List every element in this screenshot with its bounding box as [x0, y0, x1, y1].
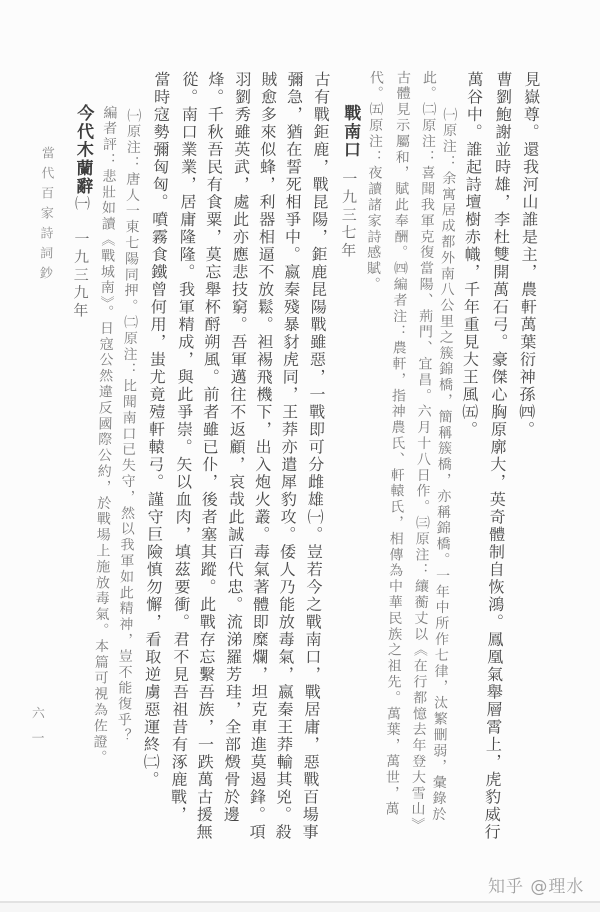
editor-comment: 編者評：悲壯如讀《戰城南》。日寇公然違反國際公約，於戰場上施放毒氣。本篇可視為佐…: [92, 105, 116, 766]
poem-title: 今代木蘭辭: [72, 104, 93, 196]
verse-line: 賊愈多來似蜂，利器相逼不放鬆。袒裼飛機下，出入炮火叢。毒氣著體即糜爛，坦克車進莫…: [248, 71, 276, 841]
verse-line: 當時寇勢彌匈匈。噴霧食鐵曾何用，蚩尤竟殪軒轅弓。謹守巨險慎勿懈，看取逆虜惡運終㈡…: [142, 71, 169, 789]
annotation-line: ㈠原注：余寓居成都外南八公里之簇錦橋，簡稱簇橋，亦稱錦橋。一年中所作七律，汰繁刪…: [431, 107, 456, 823]
verse-line: 從。南口業業，居庸隆隆。我軍精成，與此爭崇。矢以血肉，填茲要衝。君不見吾祖昔有涿…: [169, 71, 197, 824]
verse-line: 萬谷中。誰起詩壇樹赤幟，千年重見大王風㈤。: [460, 71, 482, 439]
verse-line: 見嶽尊。還我河山誰是主，農軒萬葉衍神孫㈣。: [517, 71, 539, 439]
book-page: 見嶽尊。還我河山誰是主，農軒萬葉衍神孫㈣。 曹劉鮑謝並時雄，李杜雙開萬石弓。豪傑…: [0, 0, 600, 912]
poem-year: 一九三九年: [71, 231, 90, 320]
poem-heading: 戰南口一九三七年: [339, 104, 358, 260]
running-head: 當代百家詩詞鈔: [38, 146, 53, 286]
annotation-line: 古體見示屬和，賦此奉酬。㈣編者注：農軒，指神農氏、軒轅氏，相傳為中華民族之祖先。…: [384, 70, 410, 817]
poem-title: 戰南口: [340, 104, 361, 159]
poem-heading: 今代木蘭辭㈠一九三九年: [71, 104, 91, 320]
poem-year: 一九三七年: [339, 171, 358, 260]
verse-line: 曹劉鮑謝並時雄，李杜雙開萬石弓。豪傑心胸原廓大，英奇體制自恢鴻。鳳凰氣舉層霄上，…: [483, 71, 511, 841]
verse-line: 烽。千秋吾民有食粟，莫忘舉杯酹朔風。前者雖已仆，後者塞其蹤。此戰存忘繫吾族，一跌…: [195, 71, 223, 841]
page-number: 六一: [29, 706, 43, 756]
note-marker: ㈠: [73, 196, 91, 213]
scan-bottom-margin: [0, 903, 600, 912]
scanned-text-layer: 見嶽尊。還我河山誰是主，農軒萬葉衍神孫㈣。 曹劉鮑謝並時雄，李杜雙開萬石弓。豪傑…: [0, 0, 600, 912]
watermark: 知乎 @理水: [488, 879, 584, 896]
annotation-line: 代。㈤原注：夜讀諸家詩感賦。: [366, 70, 383, 293]
verse-line: 古有戰鉅鹿，戰昆陽，鉅鹿昆陽戰雖惡，一戰即可分雌雄㈠。豈若今之戰南口，戰居庸，惡…: [301, 71, 329, 841]
verse-line: 羽劉秀雖英武，處此亦應悲技窮。吾軍邁往不返顧，哀哉此誠百代忠。流涕羅芳珪，全部燬…: [222, 71, 250, 824]
verse-line: 彌急，猶在誓死相爭中。嬴秦殘暴豺虎同，王莽亦遣犀豹攻。倭人乃能放毒氣，嬴秦王莽輸…: [274, 71, 302, 841]
annotation-line: ㈠原注：唐人一東七陽同押。㈡原注：比聞南口已失守，然以我軍如此精神，豈不能復乎？: [116, 108, 140, 744]
